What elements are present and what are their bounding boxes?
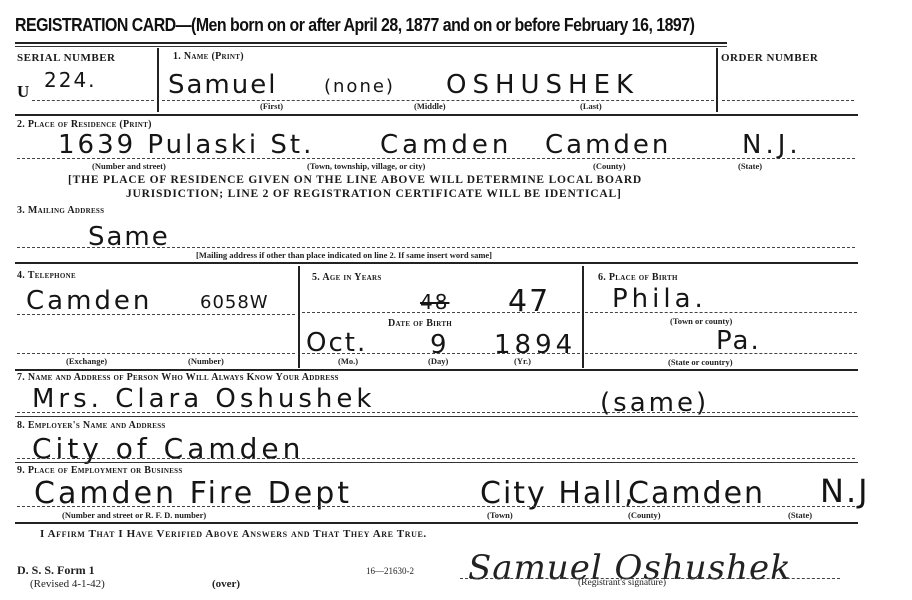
form-name: D. S. S. Form 1	[17, 563, 95, 578]
residence-state-caption: (State)	[738, 161, 762, 171]
dob-day-caption: (Day)	[428, 356, 448, 366]
dob-month-caption: (Mo.)	[338, 356, 358, 366]
employment-town-caption: (Town)	[487, 510, 513, 520]
birthplace-state: Pa.	[716, 326, 761, 356]
row7-rule	[15, 416, 858, 417]
age-line	[302, 312, 580, 313]
name-label: 1. Name (Print)	[173, 51, 244, 62]
name-middle: (none)	[324, 76, 395, 97]
row8-rule	[15, 462, 858, 463]
contact-line	[17, 412, 855, 413]
employment-state-caption: (State)	[788, 510, 812, 520]
residence-county-caption: (County)	[593, 161, 626, 171]
mailing-address-caption: [Mailing address if other than place ind…	[196, 250, 492, 260]
telephone-number-caption: (Number)	[188, 356, 224, 366]
dob-line	[302, 353, 580, 354]
residence-county: Camden	[545, 130, 671, 160]
title-rule	[15, 42, 727, 44]
residence-town-caption: (Town, township, village, or city)	[307, 161, 425, 171]
residence-street: 1639 Pulaski St.	[58, 130, 314, 160]
form-revised: (Revised 4-1-42)	[30, 578, 105, 590]
telephone-line-2	[17, 353, 295, 354]
telephone-label: 4. Telephone	[17, 270, 76, 281]
name-first: Samuel	[168, 70, 277, 100]
name-last: OSHUSHEK	[446, 70, 639, 100]
order-line	[722, 100, 854, 101]
order-number-label: ORDER NUMBER	[721, 52, 818, 64]
serial-divider	[157, 48, 159, 112]
employer-value: City of Camden	[32, 432, 304, 465]
age-value: 47	[508, 284, 550, 319]
name-last-caption: (Last)	[580, 101, 602, 111]
employment-place-label: 9. Place of Employment or Business	[17, 465, 183, 476]
order-divider	[716, 48, 718, 112]
title-rule-2	[15, 46, 727, 47]
birthplace-label: 6. Place of Birth	[598, 272, 678, 283]
age-struck-value: 48	[420, 290, 449, 314]
residence-label: 2. Place of Residence (Print)	[17, 119, 152, 130]
serial-prefix: U	[17, 82, 29, 102]
name-middle-caption: (Middle)	[414, 101, 446, 111]
residence-notice-line1: [THE PLACE OF RESIDENCE GIVEN ON THE LIN…	[68, 174, 642, 186]
mailing-line	[17, 247, 855, 248]
serial-number-label: SERIAL NUMBER	[17, 52, 116, 64]
dob-year-caption: (Yr.)	[514, 356, 531, 366]
telephone-exchange: Camden	[26, 286, 152, 316]
birthplace-town-line	[585, 312, 857, 313]
telephone-line	[17, 314, 295, 315]
card-title: REGISTRATION CARD—(Men born on or after …	[15, 14, 694, 36]
birthplace-state-caption: (State or country)	[668, 357, 733, 367]
contact-address: (same)	[600, 388, 709, 418]
row1-rule	[15, 114, 858, 116]
employment-state: N.J	[820, 472, 870, 510]
employment-line	[17, 506, 855, 507]
row3-rule	[15, 262, 858, 264]
row4-rule	[15, 369, 858, 371]
employer-line	[17, 458, 855, 459]
residence-state: N.J.	[742, 130, 802, 160]
contact-name: Mrs. Clara Oshushek	[32, 384, 375, 414]
date-of-birth-label: Date of Birth	[388, 318, 452, 329]
signature-caption: (Registrant's signature)	[578, 578, 666, 588]
over-note: (over)	[212, 578, 240, 590]
employer-label: 8. Employer's Name and Address	[17, 420, 166, 431]
contact-label: 7. Name and Address of Person Who Will A…	[17, 372, 339, 383]
name-first-caption: (First)	[260, 101, 283, 111]
affirmation-text: I Affirm That I Have Verified Above Answ…	[40, 528, 427, 540]
employment-county-caption: (County)	[628, 510, 661, 520]
employment-street-caption: (Number and street or R. F. D. number)	[62, 510, 206, 520]
serial-number-value: 224.	[44, 68, 97, 92]
telephone-divider	[298, 266, 300, 368]
age-divider	[582, 266, 584, 368]
print-code: 16—21630-2	[366, 566, 414, 576]
residence-notice-line2: JURISDICTION; LINE 2 OF REGISTRATION CER…	[126, 188, 622, 200]
birthplace-town: Phila.	[612, 284, 707, 314]
birthplace-state-line	[585, 353, 857, 354]
mailing-address-label: 3. Mailing Address	[17, 205, 104, 216]
serial-line	[32, 100, 154, 101]
birthplace-town-caption: (Town or county)	[670, 316, 732, 326]
row9-rule	[15, 522, 858, 524]
dob-year: 1894	[494, 330, 576, 360]
residence-line	[17, 158, 855, 159]
residence-town: Camden	[380, 130, 512, 160]
residence-street-caption: (Number and street)	[92, 161, 166, 171]
telephone-number: 6058W	[200, 292, 269, 313]
telephone-exchange-caption: (Exchange)	[66, 356, 107, 366]
age-label: 5. Age in Years	[312, 272, 382, 283]
